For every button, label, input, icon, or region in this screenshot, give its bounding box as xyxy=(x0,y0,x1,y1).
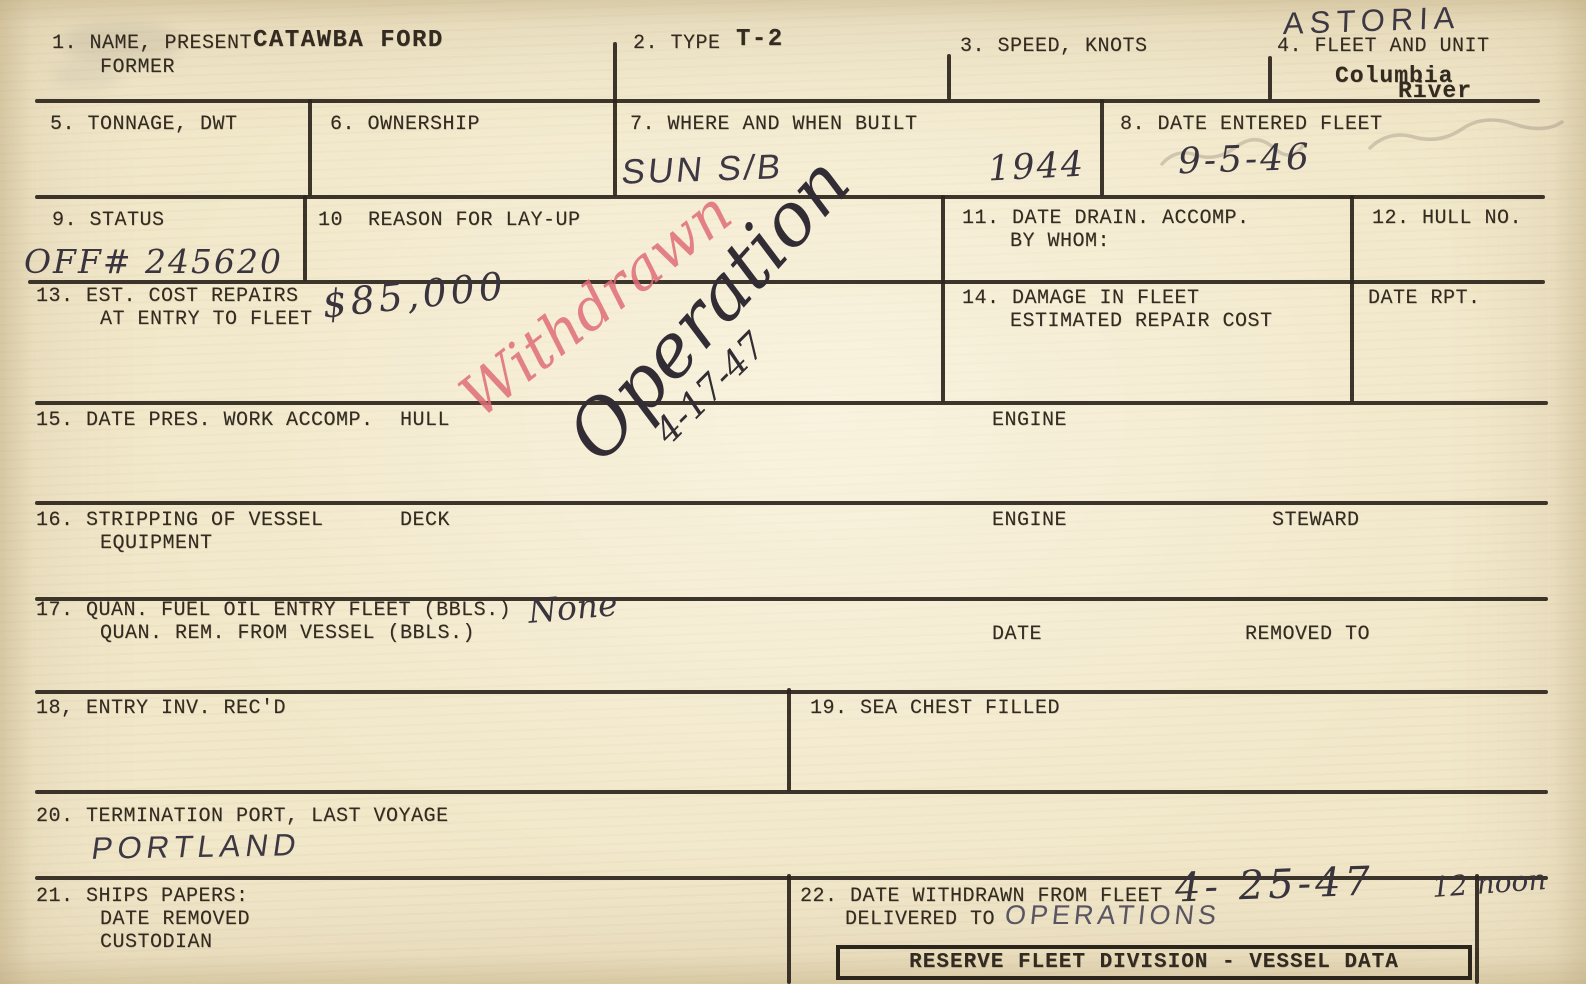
rule-under-row4 xyxy=(35,401,1548,405)
field-15-label: 15. DATE PRES. WORK ACCOMP. xyxy=(36,410,374,432)
field-7-handwritten-year: 1944 xyxy=(987,145,1086,189)
field-21-custodian-label: CUSTODIAN xyxy=(100,932,213,954)
field-18-label: 18, ENTRY INV. REC'D xyxy=(36,698,286,720)
field-9-handwritten-official-number: OFF# 245620 xyxy=(24,244,283,281)
field-16-label-line2: EQUIPMENT xyxy=(100,533,213,555)
rule-under-row8 xyxy=(35,790,1548,794)
field-19-label: 19. SEA CHEST FILLED xyxy=(810,698,1060,720)
field-9-label: 9. STATUS xyxy=(52,210,165,232)
divider-5-6 xyxy=(308,99,312,196)
field-16-engine-label: ENGINE xyxy=(992,510,1067,532)
field-17-removed-to-label: REMOVED TO xyxy=(1245,624,1370,646)
rule-under-row5 xyxy=(35,501,1548,505)
card-title: RESERVE FLEET DIVISION - VESSEL DATA xyxy=(909,951,1399,974)
field-14-label-line2: ESTIMATED REPAIR COST xyxy=(1010,311,1273,333)
vessel-data-card: 1. NAME, PRESENT FORMER CATAWBA FORD 2. … xyxy=(0,0,1586,984)
field-1-label: 1. NAME, PRESENT xyxy=(52,33,252,55)
divider-11-12 xyxy=(1350,195,1354,281)
field-22-handwritten-delivered-to: OPERATIONS xyxy=(1003,900,1221,930)
divider-13-14 xyxy=(941,280,945,402)
field-5-label: 5. TONNAGE, DWT xyxy=(50,114,238,136)
field-7-label: 7. WHERE AND WHEN BUILT xyxy=(630,114,918,136)
field-22-handwritten-time: 12 noon xyxy=(1431,864,1547,903)
field-20-handwritten-port: PORTLAND xyxy=(89,828,303,866)
field-21-date-removed-label: DATE REMOVED xyxy=(100,909,250,931)
divider-21-22 xyxy=(787,874,791,984)
field-17-label: 17. QUAN. FUEL OIL ENTRY FLEET (BBLS.) xyxy=(36,600,511,622)
field-4-value-line2: River xyxy=(1398,79,1472,105)
divider-10-11 xyxy=(941,195,945,281)
field-21-label: 21. SHIPS PAPERS: xyxy=(36,886,249,908)
divider-14-daterpt xyxy=(1350,280,1354,402)
rule-under-row7 xyxy=(35,690,1548,694)
field-16-steward-label: STEWARD xyxy=(1272,510,1360,532)
field-6-label: 6. OWNERSHIP xyxy=(330,114,480,136)
field-11-label: 11. DATE DRAIN. ACCOMP. xyxy=(962,208,1250,230)
divider-9-10 xyxy=(303,195,307,281)
divider-7-8 xyxy=(1100,99,1104,196)
field-3-label: 3. SPEED, KNOTS xyxy=(960,36,1148,58)
field-10-label: 10 REASON FOR LAY-UP xyxy=(318,210,581,232)
card-title-box: RESERVE FLEET DIVISION - VESSEL DATA xyxy=(836,945,1472,980)
field-13-handwritten-cost: $85,000 xyxy=(320,264,509,326)
field-11-label-bywhom: BY WHOM: xyxy=(1010,231,1110,253)
field-20-label: 20. TERMINATION PORT, LAST VOYAGE xyxy=(36,806,449,828)
field-17-date-label: DATE xyxy=(992,624,1042,646)
rule-under-row1 xyxy=(35,99,1540,103)
field-15-engine-label: ENGINE xyxy=(992,410,1067,432)
field-14-date-rpt-label: DATE RPT. xyxy=(1368,288,1481,310)
field-13-label-line2: AT ENTRY TO FLEET xyxy=(100,309,313,331)
field-16-deck-label: DECK xyxy=(400,510,450,532)
field-17-label-line2: QUAN. REM. FROM VESSEL (BBLS.) xyxy=(100,623,475,645)
field-4-handwritten-astoria: ASTORIA xyxy=(1282,1,1461,42)
field-22-delivered-to-label: DELIVERED TO xyxy=(845,909,995,931)
field-12-label: 12. HULL NO. xyxy=(1372,208,1522,230)
field-1-value: CATAWBA FORD xyxy=(253,28,444,55)
field-8-label: 8. DATE ENTERED FLEET xyxy=(1120,114,1383,136)
field-2-value: T-2 xyxy=(736,27,784,54)
field-8-handwritten-date: 9-5-46 xyxy=(1177,138,1312,183)
field-1-label-former: FORMER xyxy=(100,57,175,79)
field-16-label: 16. STRIPPING OF VESSEL xyxy=(36,510,324,532)
divider-18-19 xyxy=(787,688,791,791)
divider-2-3 xyxy=(947,54,951,100)
divider-1-2 xyxy=(613,42,617,100)
divider-6-7 xyxy=(613,99,617,196)
field-15-hull-label: HULL xyxy=(400,410,450,432)
field-17-handwritten-none: None xyxy=(527,586,619,631)
field-13-label: 13. EST. COST REPAIRS xyxy=(36,286,299,308)
field-14-label: 14. DAMAGE IN FLEET xyxy=(962,288,1200,310)
field-2-label: 2. TYPE xyxy=(633,33,721,55)
divider-3-4 xyxy=(1268,56,1272,100)
